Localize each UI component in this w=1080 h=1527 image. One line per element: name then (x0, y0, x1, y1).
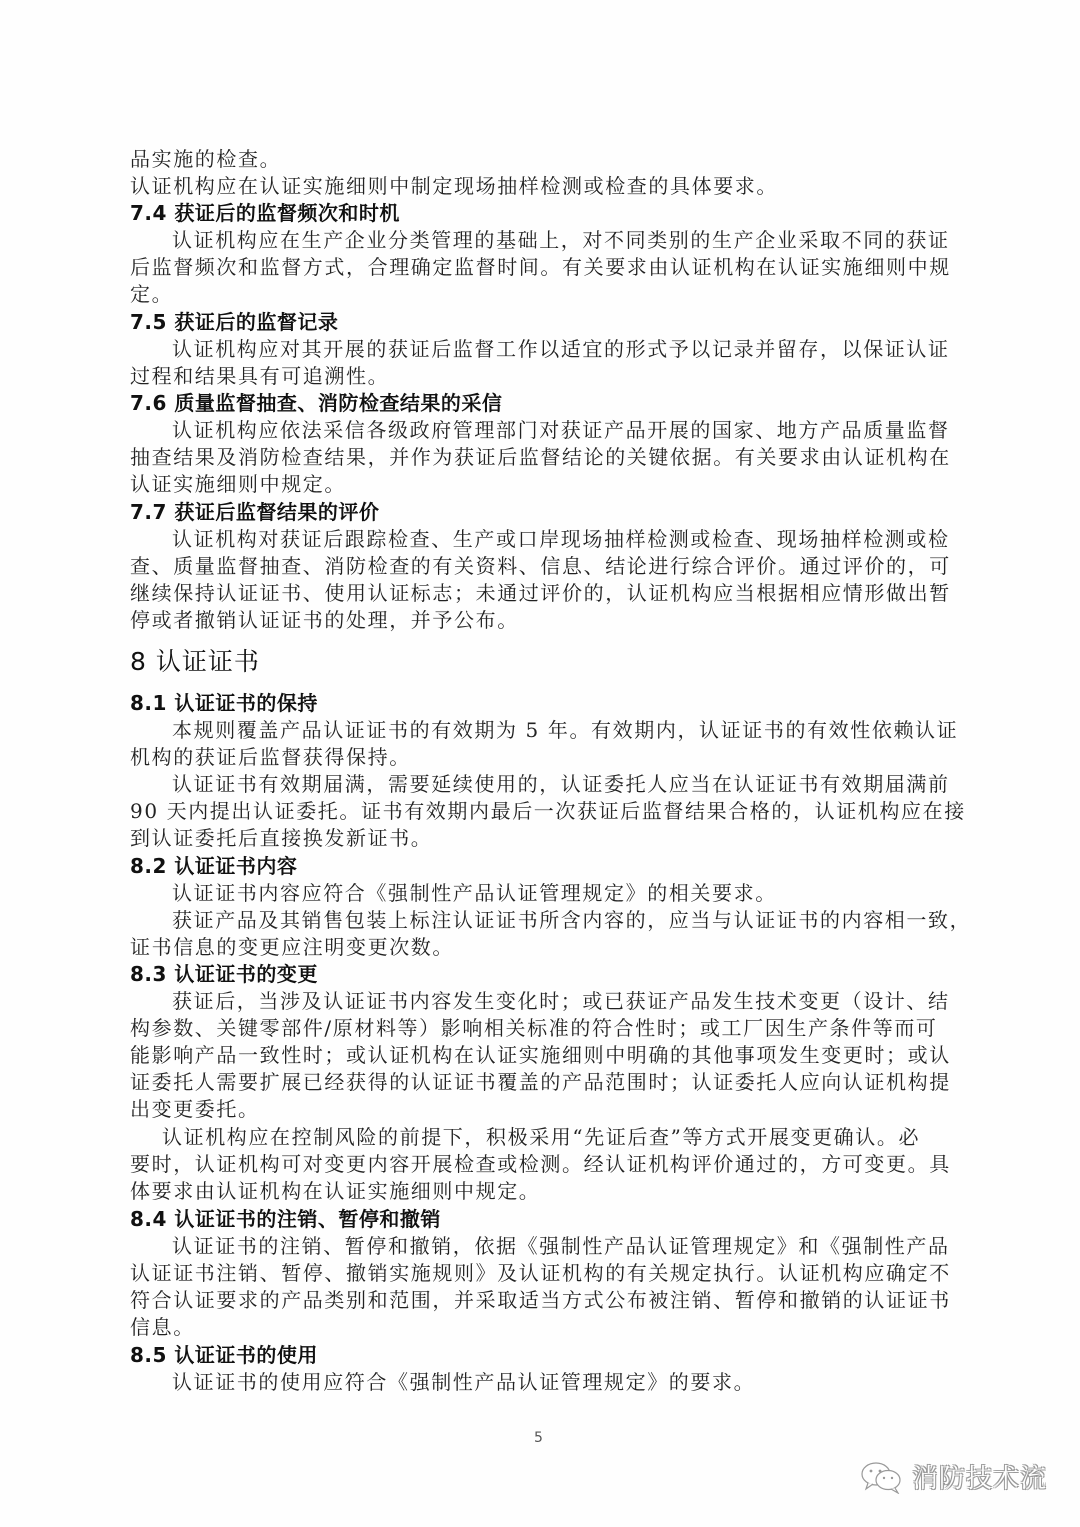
paragraph-line: 后监督频次和监督方式，合理确定监督时间。有关要求由认证机构在认证实施细则中规 (130, 254, 952, 281)
subsection-heading: 7.5 获证后的监督记录 (130, 309, 952, 336)
paragraph-line: 认证机构对获证后跟踪检查、生产或口岸现场抽样检测或检查、现场抽样检测或检 (172, 526, 952, 553)
wechat-icon (860, 1460, 904, 1494)
subsection-heading: 8.3 认证证书的变更 (130, 961, 952, 988)
paragraph-line: 认证机构应在生产企业分类管理的基础上，对不同类别的生产企业采取不同的获证 (172, 227, 952, 254)
paragraph-line: 获证产品及其销售包装上标注认证证书所含内容的，应当与认证证书的内容相一致， (172, 907, 952, 934)
paragraph-line: 90 天内提出认证委托。证书有效期内最后一次获证后监督结果合格的，认证机构应在接 (130, 798, 952, 825)
paragraph-line: 认证机构应依法采信各级政府管理部门对获证产品开展的国家、地方产品质量监督 (172, 417, 952, 444)
paragraph-line: 认证证书有效期届满，需要延续使用的，认证委托人应当在认证证书有效期届满前 (172, 771, 952, 798)
paragraph-line: 证书信息的变更应注明变更次数。 (130, 934, 952, 961)
section-heading: 8 认证证书 (130, 646, 952, 678)
paragraph-line: 能影响产品一致性时；或认证机构在认证实施细则中明确的其他事项发生变更时；或认 (130, 1042, 952, 1069)
paragraph-line: 认证证书的注销、暂停和撤销，依据《强制性产品认证管理规定》和《强制性产品 (172, 1233, 952, 1260)
paragraph-line: 信息。 (130, 1314, 952, 1341)
paragraph-line: 认证证书的使用应符合《强制性产品认证管理规定》的要求。 (172, 1369, 952, 1396)
paragraph-line: 品实施的检查。 (130, 146, 952, 173)
paragraph-line: 定。 (130, 281, 952, 308)
paragraph-line: 过程和结果具有可追溯性。 (130, 363, 952, 390)
page-number: 5 (534, 1430, 543, 1446)
watermark-text: 消防技术流 (912, 1458, 1047, 1495)
paragraph-line: 查、质量监督抽查、消防检查的有关资料、信息、结论进行综合评价。通过评价的，可 (130, 553, 952, 580)
paragraph-line: 认证机构应对其开展的获证后监督工作以适宜的形式予以记录并留存，以保证认证 (172, 336, 952, 363)
paragraph-line: 本规则覆盖产品认证证书的有效期为 5 年。有效期内，认证证书的有效性依赖认证 (172, 717, 952, 744)
subsection-heading: 8.2 认证证书内容 (130, 853, 952, 880)
paragraph-line: 机构的获证后监督获得保持。 (130, 744, 952, 771)
paragraph-line: 继续保持认证证书、使用认证标志；未通过评价的，认证机构应当根据相应情形做出暂 (130, 580, 952, 607)
watermark: 消防技术流 (860, 1458, 1047, 1495)
paragraph-line: 要时，认证机构可对变更内容开展检查或检测。经认证机构评价通过的，方可变更。具 (130, 1151, 952, 1178)
paragraph-line: 抽查结果及消防检查结果，并作为获证后监督结论的关键依据。有关要求由认证机构在 (130, 444, 952, 471)
paragraph-line: 停或者撤销认证证书的处理，并予公布。 (130, 607, 952, 634)
paragraph-line: 认证机构应在认证实施细则中制定现场抽样检测或检查的具体要求。 (130, 173, 952, 200)
paragraph-line: 到认证委托后直接换发新证书。 (130, 825, 952, 852)
subsection-heading: 8.4 认证证书的注销、暂停和撤销 (130, 1206, 952, 1233)
paragraph-line: 构参数、关键零部件/原材料等）影响相关标准的符合性时；或工厂因生产条件等而可 (130, 1015, 952, 1042)
subsection-heading: 8.5 认证证书的使用 (130, 1342, 952, 1369)
subsection-heading: 7.6 质量监督抽查、消防检查结果的采信 (130, 390, 952, 417)
paragraph-line: 证委托人需要扩展已经获得的认证证书覆盖的产品范围时；认证委托人应向认证机构提 (130, 1069, 952, 1096)
paragraph-line: 认证证书注销、暂停、撤销实施规则》及认证机构的有关规定执行。认证机构应确定不 (130, 1260, 952, 1287)
subsection-heading: 8.1 认证证书的保持 (130, 690, 952, 717)
subsection-heading: 7.7 获证后监督结果的评价 (130, 499, 952, 526)
paragraph-line: 符合认证要求的产品类别和范围，并采取适当方式公布被注销、暂停和撤销的认证证书 (130, 1287, 952, 1314)
subsection-heading: 7.4 获证后的监督频次和时机 (130, 200, 952, 227)
paragraph-line: 体要求由认证机构在认证实施细则中规定。 (130, 1178, 952, 1205)
paragraph-line: 获证后，当涉及认证证书内容发生变化时；或已获证产品发生技术变更（设计、结 (172, 988, 952, 1015)
paragraph-line: 认证机构应在控制风险的前提下，积极采用“先证后查”等方式开展变更确认。必 (162, 1124, 952, 1151)
paragraph-line: 认证证书内容应符合《强制性产品认证管理规定》的相关要求。 (172, 880, 952, 907)
document-page: 品实施的检查。认证机构应在认证实施细则中制定现场抽样检测或检查的具体要求。7.4… (0, 0, 1080, 1527)
paragraph-line: 认证实施细则中规定。 (130, 471, 952, 498)
paragraph-line: 出变更委托。 (130, 1096, 952, 1123)
